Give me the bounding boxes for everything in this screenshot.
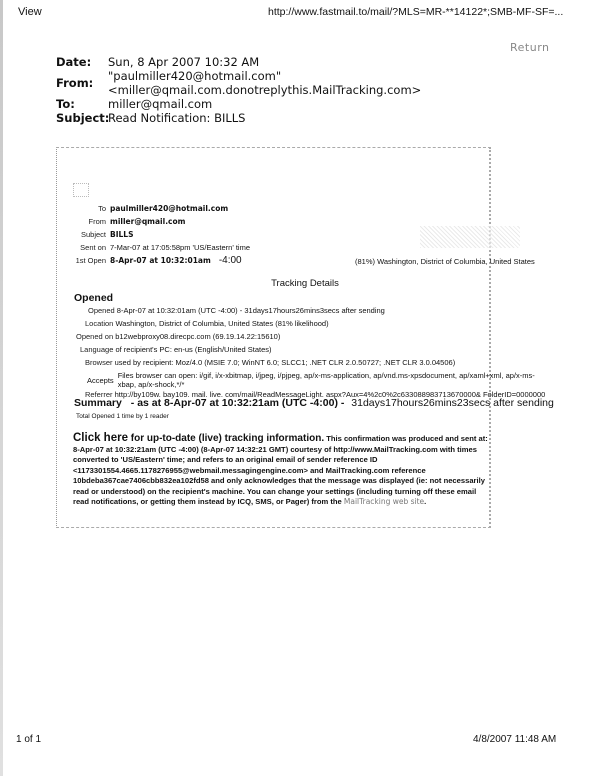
return-link[interactable]: Return (510, 41, 550, 54)
detail-label: Browser (85, 358, 113, 367)
tracking-details-title: Tracking Details (0, 278, 600, 289)
confirmation-body: This confirmation was produced and sent … (73, 434, 488, 506)
detail-label: Opened (88, 306, 115, 315)
detail-value: Files browser can open: i/gif, i/x-xbitm… (118, 371, 538, 389)
detail-opened-on: Opened on b12webproxy08.direcpc.com (69.… (76, 332, 280, 341)
meta-label: Subject (62, 229, 110, 240)
detail-value: Washington, District of Columbia, United… (115, 319, 328, 328)
detail-label: Language (80, 345, 113, 354)
mail-headers: Date: Sun, 8 Apr 2007 10:32 AM From: "pa… (56, 55, 421, 125)
click-here-lead: for up-to-date (live) tracking informati… (128, 433, 324, 444)
from-display-name: "paulmiller420@hotmail.com" (108, 69, 421, 83)
detail-value: of recipient's PC: en-us (English/United… (115, 345, 271, 354)
location-summary: (81%) Washington, District of Columbia, … (355, 257, 535, 266)
detail-browser: Browser used by recipient: Moz/4.0 (MSIE… (85, 358, 455, 367)
print-header-title: View (18, 6, 42, 18)
date-label: Date: (56, 55, 108, 69)
tracker-image-icon (73, 183, 89, 197)
from-address: <miller@qmail.com.donotreplythis.MailTra… (108, 83, 421, 97)
to-value: miller@qmail.com (108, 97, 212, 111)
confirmation-end: . (424, 497, 426, 506)
meta-first-open: 1st Open 8-Apr-07 at 10:32:01am -4:00 (62, 255, 250, 266)
meta-value: 7-Mar-07 at 17:05:58pm 'US/Eastern' time (110, 242, 250, 253)
to-label: To: (56, 97, 108, 111)
mailtracking-site-link[interactable]: MailTracking web site (344, 497, 424, 506)
print-header-url: http://www.fastmail.to/mail/?MLS=MR-**14… (268, 6, 563, 18)
summary-elapsed: 31days17hours26mins23secs after sending (351, 397, 554, 409)
detail-language: Language of recipient's PC: en-us (Engli… (80, 345, 272, 354)
click-here-link[interactable]: Click here (73, 432, 128, 444)
first-open-timezone: -4:00 (219, 255, 242, 266)
to-row: To: miller@qmail.com (56, 97, 421, 111)
from-value: "paulmiller420@hotmail.com" <miller@qmai… (108, 69, 421, 97)
meta-from: From miller@qmail.com (62, 216, 250, 227)
subject-row: Subject: Read Notification: BILLS (56, 111, 421, 125)
confirmation-paragraph: Click here for up-to-date (live) trackin… (73, 433, 488, 508)
detail-value: 8-Apr-07 at 10:32:01am (UTC -4:00) - 31d… (117, 306, 385, 315)
detail-opened: Opened 8-Apr-07 at 10:32:01am (UTC -4:00… (88, 306, 385, 315)
detail-location: Location Washington, District of Columbi… (85, 319, 329, 328)
meta-value: 8-Apr-07 at 10:32:01am (110, 255, 211, 266)
summary-label: Summary (74, 397, 122, 409)
notification-meta: To paulmiller420@hotmail.com From miller… (62, 203, 250, 268)
meta-sent-on: Sent on 7-Mar-07 at 17:05:58pm 'US/Easte… (62, 242, 250, 253)
from-row: From: "paulmiller420@hotmail.com" <mille… (56, 69, 421, 97)
map-thumbnail (420, 226, 520, 248)
page-edge (0, 0, 3, 776)
subject-value: Read Notification: BILLS (108, 111, 245, 125)
summary-total-opened: Total Opened 1 time by 1 reader (76, 413, 169, 420)
meta-value: paulmiller420@hotmail.com (110, 203, 228, 214)
detail-accepts: Accepts Files browser can open: i/gif, i… (87, 371, 538, 389)
detail-label: Location (85, 319, 113, 328)
detail-value: b12webproxy08.direcpc.com (69.19.14.22:1… (115, 332, 280, 341)
meta-value: miller@qmail.com (110, 216, 185, 227)
date-row: Date: Sun, 8 Apr 2007 10:32 AM (56, 55, 421, 69)
meta-to: To paulmiller420@hotmail.com (62, 203, 250, 214)
summary-line: Summary - as at 8-Apr-07 at 10:32:21am (… (74, 397, 554, 409)
opened-heading: Opened (74, 292, 113, 304)
detail-label: Accepts (87, 371, 118, 389)
meta-label: From (62, 216, 110, 227)
summary-as-at: - as at 8-Apr-07 at 10:32:21am (UTC -4:0… (131, 397, 345, 409)
meta-subject: Subject BILLS (62, 229, 250, 240)
print-timestamp: 4/8/2007 11:48 AM (473, 734, 556, 745)
page-count: 1 of 1 (16, 734, 41, 745)
date-value: Sun, 8 Apr 2007 10:32 AM (108, 55, 259, 69)
subject-label: Subject: (56, 111, 108, 125)
meta-label: 1st Open (62, 255, 110, 266)
meta-value: BILLS (110, 229, 133, 240)
from-label: From: (56, 76, 108, 90)
meta-label: To (62, 203, 110, 214)
detail-label: Opened on (76, 332, 113, 341)
detail-value: used by recipient: Moz/4.0 (MSIE 7.0; Wi… (115, 358, 456, 367)
meta-label: Sent on (62, 242, 110, 253)
